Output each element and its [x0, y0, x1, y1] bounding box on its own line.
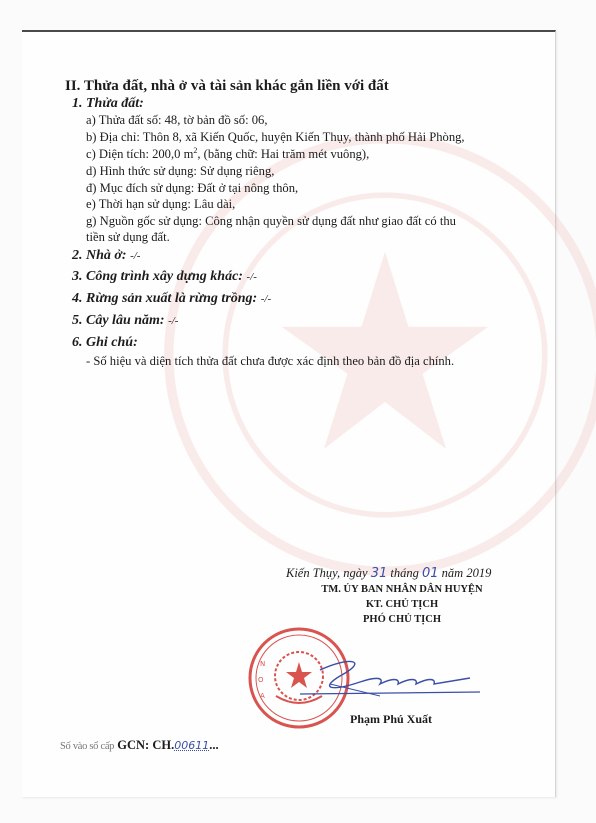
signing-month-label: tháng [390, 566, 418, 580]
signing-role-primary: KT. CHỦ TỊCH [282, 599, 522, 610]
parcel-area-prefix: c) Diện tích: 200,0 m [86, 147, 193, 161]
registration-number: Số vào sổ cấp GCN: CH.00611... [60, 738, 219, 753]
perennial-trees-label: 5. Cây lâu năm: [72, 313, 165, 328]
notes-heading: 6. Ghi chú: [72, 335, 138, 351]
parcel-number: a) Thửa đất số: 48, tờ bản đồ số: 06, [86, 113, 268, 128]
signing-day: 31 [371, 566, 388, 581]
usage-form: d) Hình thức sử dụng: Sử dụng riêng, [86, 164, 274, 179]
notes-text: - Số hiệu và diện tích thửa đất chưa đượ… [86, 354, 454, 369]
registration-trailing: ... [209, 738, 218, 752]
usage-term: e) Thời hạn sử dụng: Lâu dài, [86, 197, 235, 212]
signing-month: 01 [422, 566, 439, 581]
planted-forest-section: 4. Rừng sản xuất là rừng trồng: -/- [72, 291, 271, 307]
land-parcel-heading: 1. Thửa đất: [72, 96, 144, 112]
house-section: 2. Nhà ở: -/- [72, 248, 140, 264]
registration-label: GCN: CH. [117, 738, 174, 752]
signing-year: năm 2019 [442, 566, 492, 580]
other-construction-section: 3. Công trình xây dựng khác: -/- [72, 269, 257, 285]
perennial-trees-section: 5. Cây lâu năm: -/- [72, 313, 178, 329]
parcel-address: b) Địa chỉ: Thôn 8, xã Kiến Quốc, huyện … [86, 130, 465, 145]
other-construction-value: -/- [246, 271, 256, 283]
house-label: 2. Nhà ở: [72, 248, 127, 263]
signing-organization: TM. ỦY BAN NHÂN DÂN HUYỆN [282, 584, 522, 595]
signing-role-secondary: PHÓ CHỦ TỊCH [282, 614, 522, 625]
signing-date: Kiến Thụy, ngày 31 tháng 01 năm 2019 [286, 566, 491, 581]
registration-label-faded: Số vào sổ cấp [60, 741, 114, 752]
perennial-trees-value: -/- [168, 315, 178, 327]
signing-place: Kiến Thụy, ngày [286, 566, 368, 580]
other-construction-label: 3. Công trình xây dựng khác: [72, 269, 243, 284]
handwritten-signature-icon [260, 648, 490, 708]
house-value: -/- [130, 250, 140, 262]
signer-name: Phạm Phú Xuất [350, 712, 432, 727]
planted-forest-value: -/- [261, 293, 271, 305]
usage-origin: g) Nguồn gốc sử dụng: Công nhận quyền sử… [86, 214, 456, 229]
section-heading: II. Thửa đất, nhà ở và tài sản khác gắn … [65, 78, 389, 95]
parcel-area-suffix: , (bằng chữ: Hai trăm mét vuông), [197, 147, 369, 161]
planted-forest-label: 4. Rừng sản xuất là rừng trồng: [72, 291, 257, 306]
parcel-area: c) Diện tích: 200,0 m2, (bằng chữ: Hai t… [86, 147, 369, 162]
usage-origin-continued: tiền sử dụng đất. [86, 230, 170, 245]
registration-number-value: 00611 [174, 739, 209, 752]
usage-purpose: đ) Mục đích sử dụng: Đất ở tại nông thôn… [86, 181, 298, 196]
